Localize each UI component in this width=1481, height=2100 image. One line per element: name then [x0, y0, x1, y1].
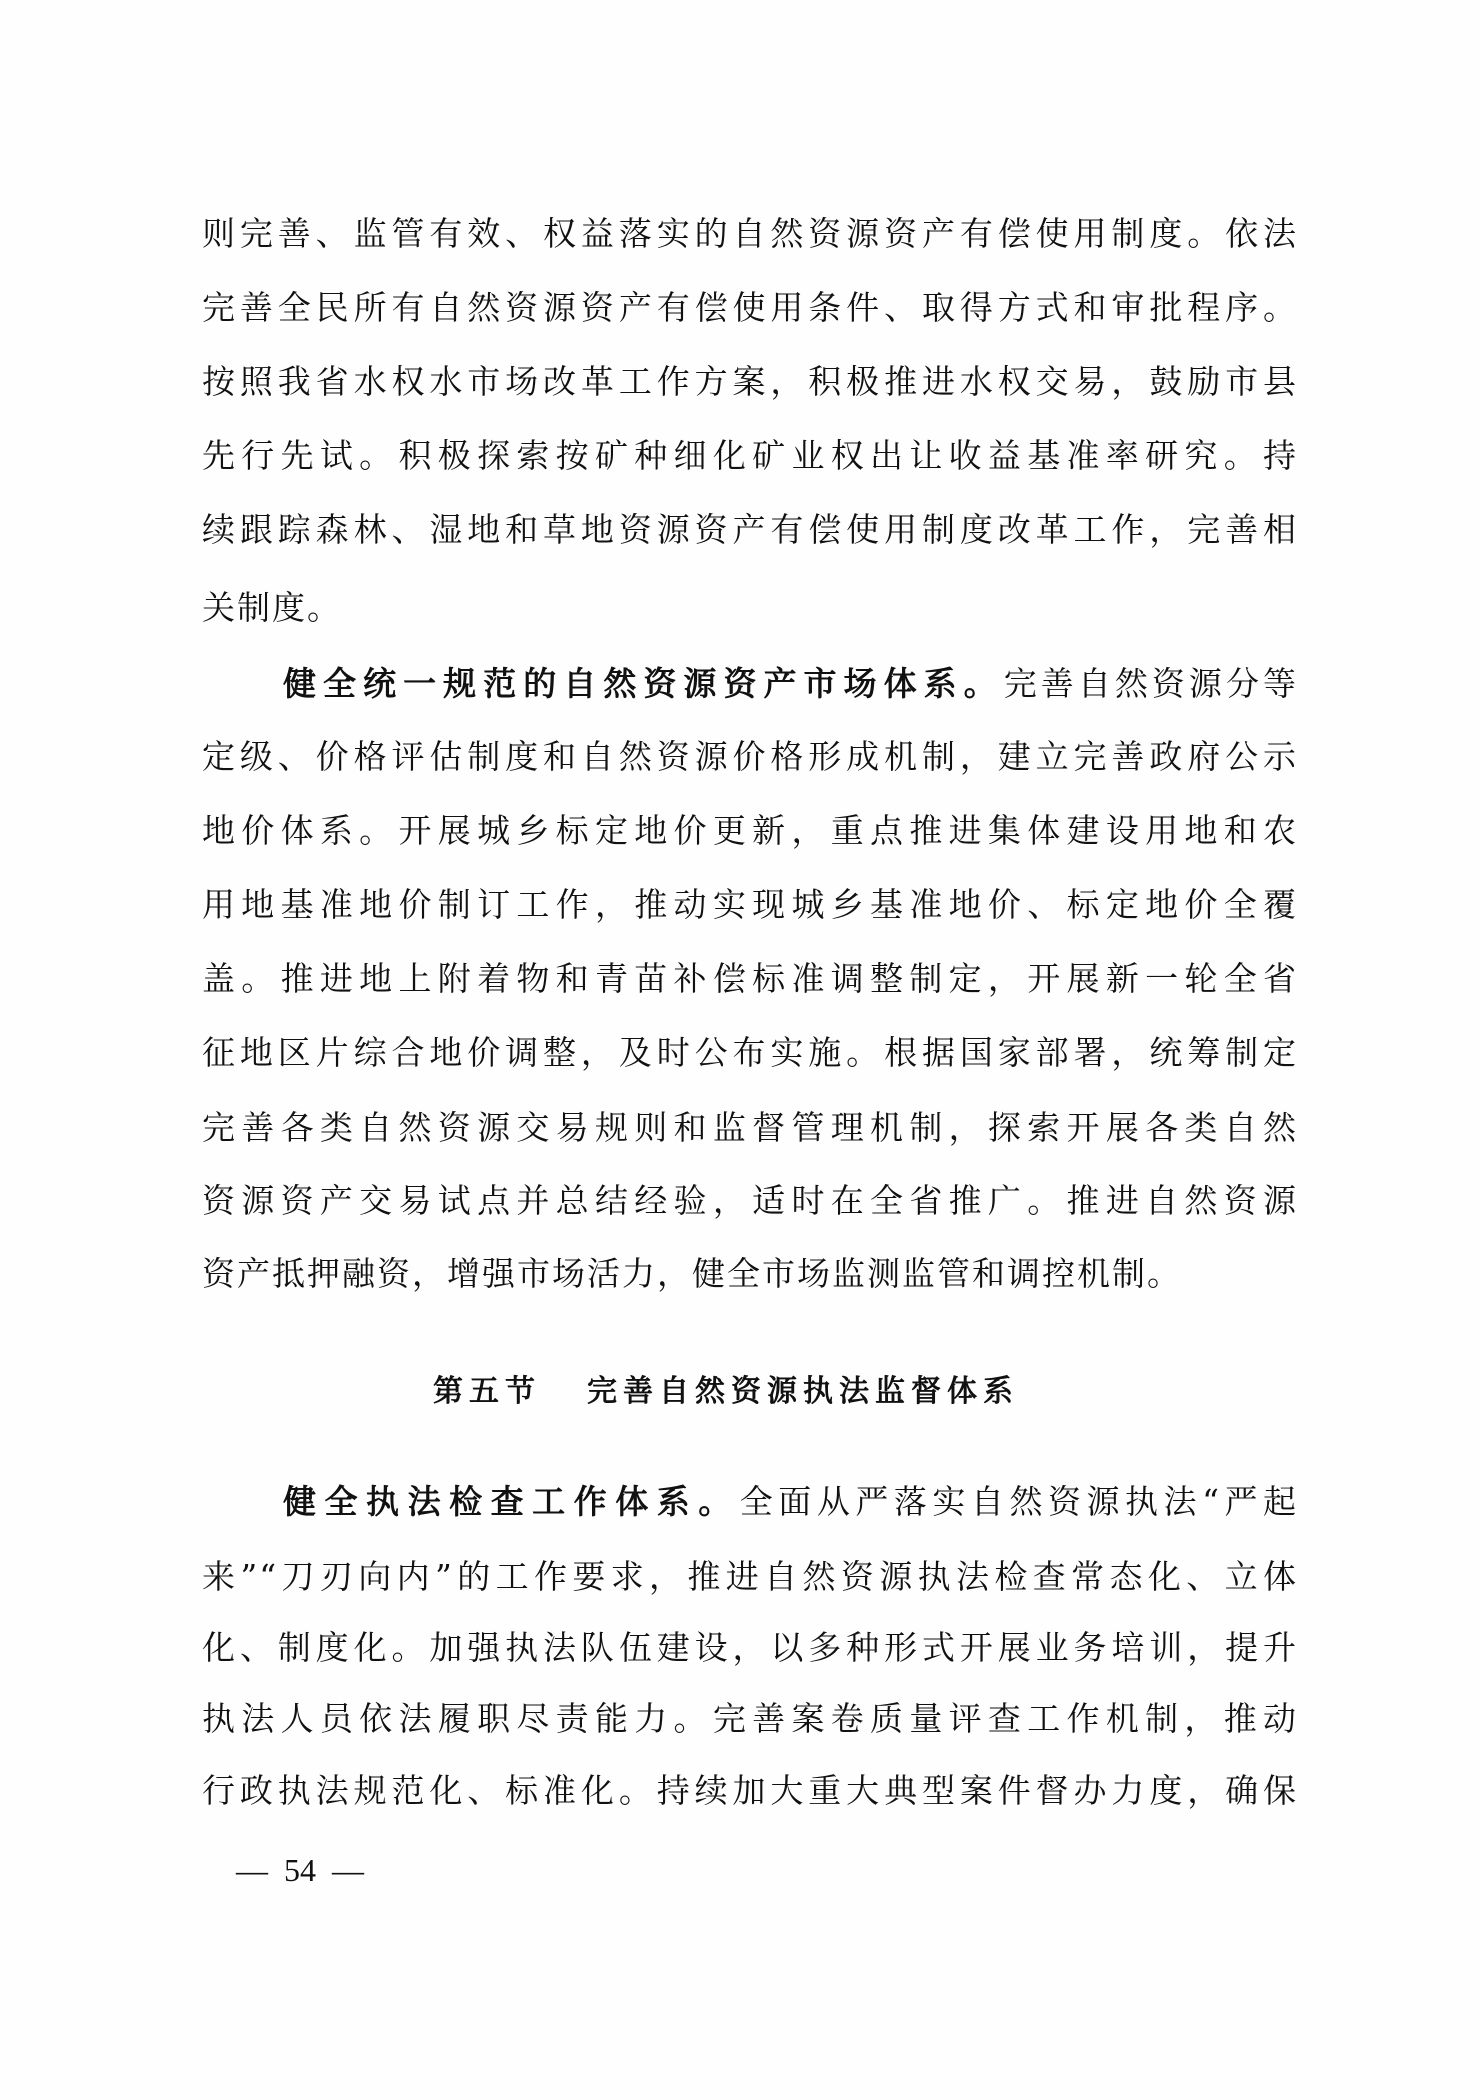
page-number: — 54 —	[236, 1850, 364, 1890]
section-title: 完善自然资源执法监督体系	[587, 1374, 1019, 1409]
body-text-line: 地价体系。开展城乡标定地价更新，重点推进集体建设用地和农	[202, 811, 1298, 851]
body-text-line: 资产抵押融资，增强市场活力，健全市场监测监管和调控机制。	[202, 1254, 1298, 1294]
body-text-line: 征地区片综合地价调整，及时公布实施。根据国家部署，统筹制定	[202, 1033, 1298, 1073]
paragraph-lead-heading: 健全统一规范的自然资源资产市场体系。	[283, 664, 1004, 703]
body-text-line: 资源资产交易试点并总结经验，适时在全省推广。推进自然资源	[202, 1181, 1298, 1221]
section-heading: 第五节完善自然资源执法监督体系	[433, 1372, 893, 1412]
body-text-line: 完善各类自然资源交易规则和监督管理机制，探索开展各类自然	[202, 1108, 1298, 1148]
body-text-line: 盖。推进地上附着物和青苗补偿标准调整制定，开展新一轮全省	[202, 959, 1298, 999]
paragraph-first-line: 健全统一规范的自然资源资产市场体系。完善自然资源分等	[283, 664, 1298, 704]
paragraph-first-line: 健全执法检查工作体系。全面从严落实自然资源执法“严起	[283, 1482, 1298, 1522]
body-text-line: 用地基准地价制订工作，推动实现城乡基准地价、标定地价全覆	[202, 885, 1298, 925]
body-text-line: 则完善、监管有效、权益落实的自然资源资产有偿使用制度。依法	[202, 214, 1298, 254]
body-text-line: 来”“刀刃向内”的工作要求，推进自然资源执法检查常态化、立体	[202, 1557, 1298, 1597]
body-text-line: 化、制度化。加强执法队伍建设，以多种形式开展业务培训，提升	[202, 1628, 1298, 1668]
body-text-line: 行政执法规范化、标准化。持续加大重大典型案件督办力度，确保	[202, 1771, 1298, 1811]
body-text-line: 定级、价格评估制度和自然资源价格形成机制，建立完善政府公示	[202, 737, 1298, 777]
body-text-line: 先行先试。积极探索按矿种细化矿业权出让收益基准率研究。持	[202, 436, 1298, 476]
body-text-line: 按照我省水权水市场改革工作方案，积极推进水权交易，鼓励市县	[202, 362, 1298, 402]
body-text-line: 完善全民所有自然资源资产有偿使用条件、取得方式和审批程序。	[202, 288, 1298, 328]
document-page: 则完善、监管有效、权益落实的自然资源资产有偿使用制度。依法 完善全民所有自然资源…	[0, 0, 1481, 2100]
body-text-line: 关制度。	[202, 588, 1298, 628]
body-text: 完善自然资源分等	[1004, 664, 1298, 703]
body-text: 全面从严落实自然资源执法“严起	[740, 1482, 1298, 1521]
body-text-line: 续跟踪森林、湿地和草地资源资产有偿使用制度改革工作，完善相	[202, 510, 1298, 550]
section-number: 第五节	[433, 1374, 541, 1409]
paragraph-lead-heading: 健全执法检查工作体系。	[283, 1482, 740, 1521]
body-text-line: 执法人员依法履职尽责能力。完善案卷质量评查工作机制，推动	[202, 1699, 1298, 1739]
